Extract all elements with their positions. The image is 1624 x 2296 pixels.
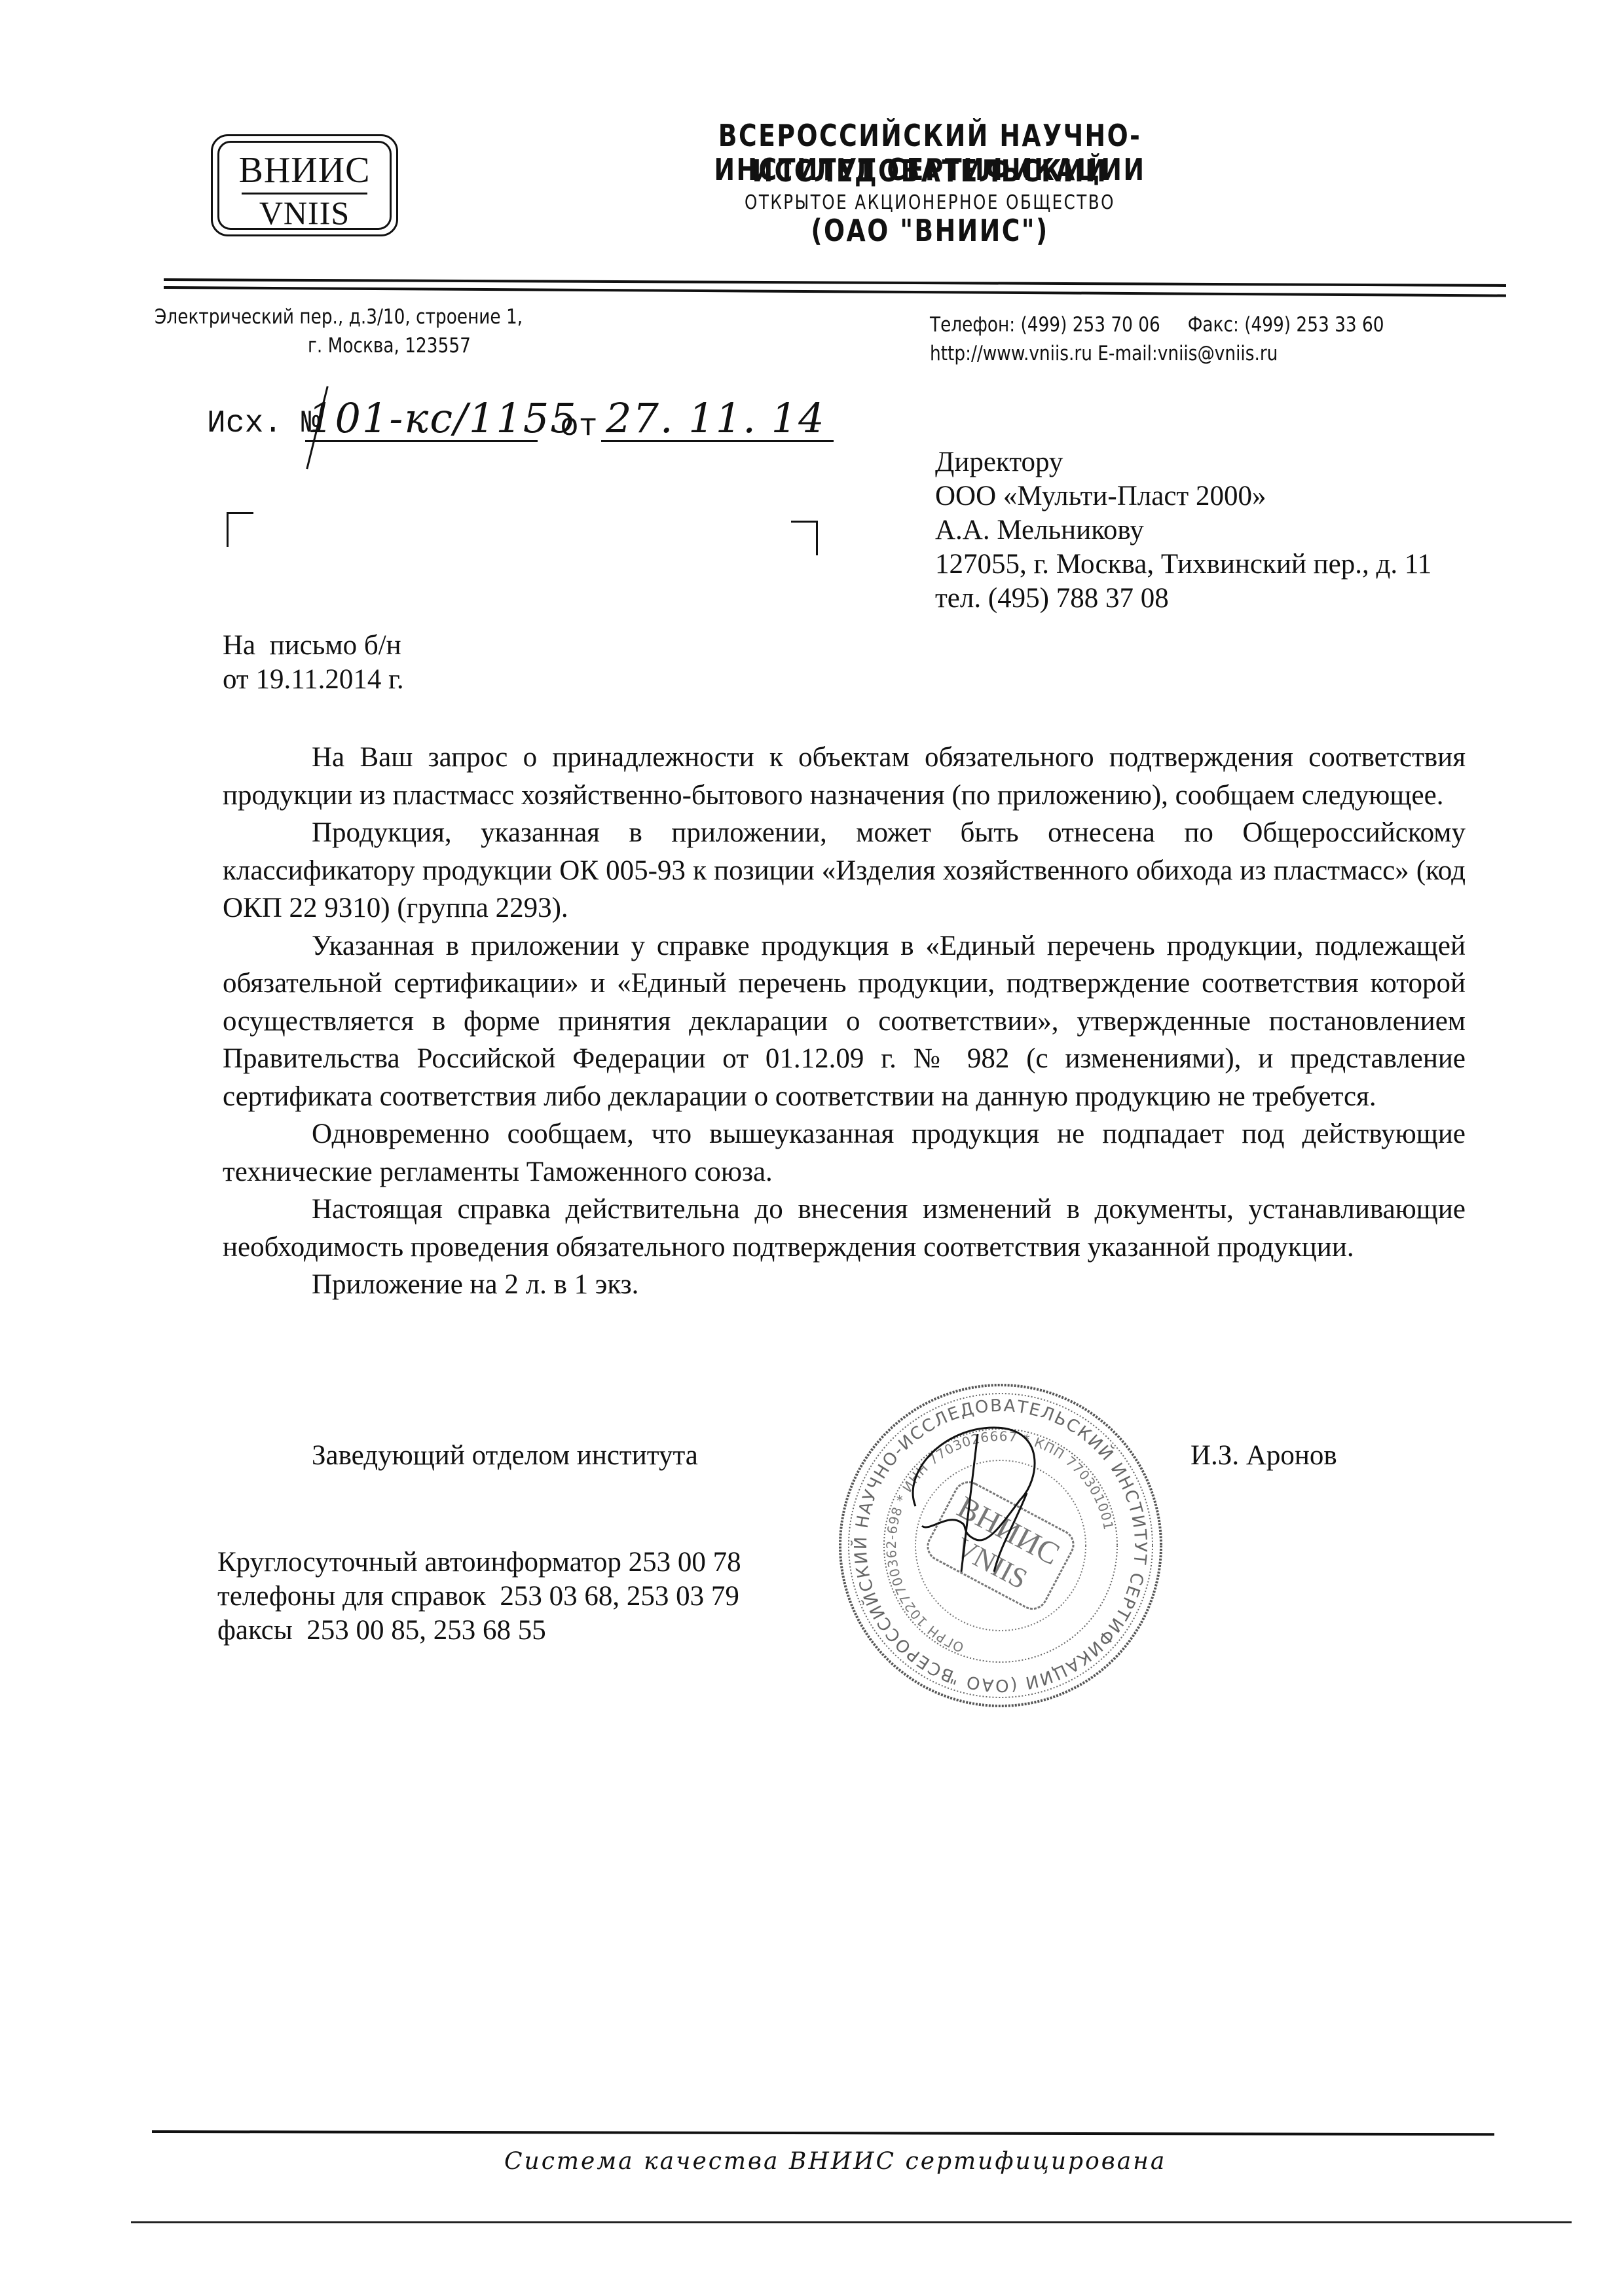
in-reply-to: На письмо б/н от 19.11.2014 г. xyxy=(223,629,404,697)
logo-text-latin: VNIIS xyxy=(219,196,390,230)
org-title-line4: (ОАО "ВНИИС") xyxy=(554,213,1306,248)
body-paragraph: Настоящая справка действительна до внесе… xyxy=(223,1191,1466,1266)
body-paragraph: Указанная в приложении у справке продукц… xyxy=(223,927,1466,1116)
date-label: от xyxy=(560,409,598,445)
sender-address-line1: Электрический пер., д.3/10, строение 1, xyxy=(155,303,523,331)
outgoing-date: 27. 11. 14 xyxy=(606,394,826,442)
reply-letter-date: от 19.11.2014 г. xyxy=(223,663,404,697)
footer-rule-top xyxy=(152,2130,1494,2136)
footer-quality-note: Система качества ВНИИС сертифицирована xyxy=(504,2148,1166,2175)
reply-letter-ref: На письмо б/н xyxy=(223,629,404,663)
sender-web-email: http://www.vniis.ru E-mail:vniis@vniis.r… xyxy=(930,340,1278,367)
signatory-name: И.З. Аронов xyxy=(1190,1439,1337,1472)
recipient-address: 127055, г. Москва, Тихвинский пер., д. 1… xyxy=(935,547,1431,582)
outgoing-number: 101-кс/1155 xyxy=(308,394,578,442)
outgoing-label: Исх. № xyxy=(207,406,320,441)
recipient-block: Директору ООО «Мульти-Пласт 2000» А.А. М… xyxy=(935,445,1431,616)
recipient-title: Директору xyxy=(935,445,1431,479)
org-title-line3: ОТКРЫТОЕ АКЦИОНЕРНОЕ ОБЩЕСТВО xyxy=(554,191,1306,214)
recipient-company: ООО «Мульти-Пласт 2000» xyxy=(935,479,1431,513)
body-paragraph: На Ваш запрос о принадлежности к объекта… xyxy=(223,739,1466,814)
reference-phones-line: телефоны для справок 253 03 68, 253 03 7… xyxy=(217,1580,741,1614)
org-title-line2: ИНСТИТУТ СЕРТИФИКАЦИИ xyxy=(554,152,1306,187)
autoinformer-line: Круглосуточный автоинформатор 253 00 78 xyxy=(217,1546,741,1580)
logo-text-cyrillic: ВНИИС xyxy=(219,151,390,190)
header-rule-top xyxy=(164,278,1506,287)
letter-body: На Ваш запрос о принадлежности к объекта… xyxy=(223,739,1466,1304)
recipient-phone: тел. (495) 788 37 08 xyxy=(935,582,1431,616)
official-stamp-icon: ВСЕРОССИЙСКИЙ НАУЧНО-ИССЛЕДОВАТЕЛЬСКИЙ И… xyxy=(830,1375,1171,1716)
outgoing-number-underline xyxy=(305,440,538,442)
body-paragraph: Продукция, указанная в приложении, может… xyxy=(223,814,1466,927)
vniis-logo: ВНИИС VNIIS xyxy=(211,134,398,236)
fax-line: факсы 253 00 85, 253 68 55 xyxy=(217,1614,741,1648)
sender-phone-fax: Телефон: (499) 253 70 06 Факс: (499) 253… xyxy=(930,311,1384,339)
recipient-name: А.А. Мельникову xyxy=(935,513,1431,547)
attachment-note: Приложение на 2 л. в 1 экз. xyxy=(223,1266,1466,1304)
help-contacts: Круглосуточный автоинформатор 253 00 78 … xyxy=(217,1546,741,1648)
address-corner-left xyxy=(227,512,253,547)
outgoing-date-underline xyxy=(601,440,834,442)
footer-rule-bottom xyxy=(131,2221,1572,2223)
body-paragraph: Одновременно сообщаем, что вышеуказанная… xyxy=(223,1115,1466,1191)
sender-address-line2: г. Москва, 123557 xyxy=(308,332,471,360)
signatory-position: Заведующий отделом института xyxy=(312,1439,698,1472)
header-rule-bottom xyxy=(164,286,1506,297)
address-corner-right xyxy=(791,521,818,555)
